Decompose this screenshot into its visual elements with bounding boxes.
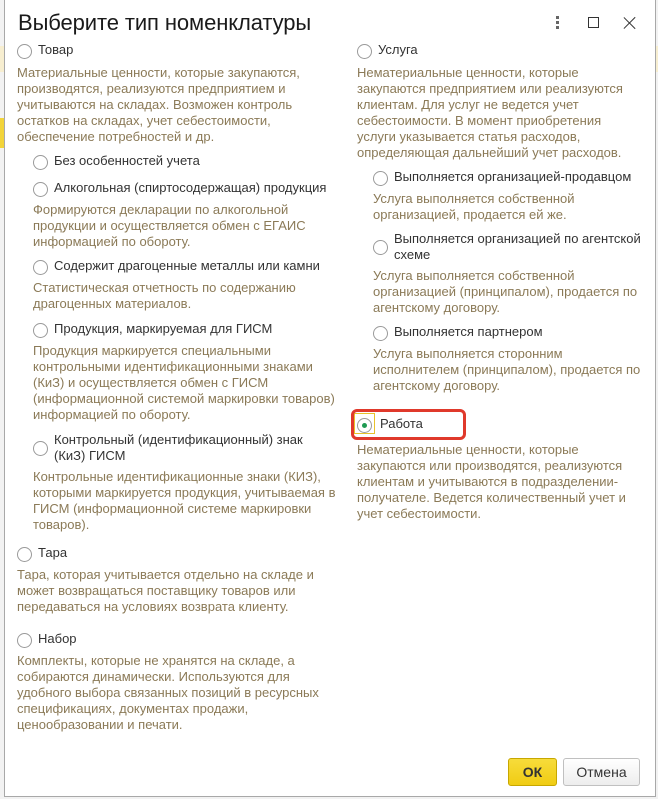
radio-icon[interactable] bbox=[17, 633, 32, 648]
radio-icon[interactable] bbox=[33, 182, 48, 197]
item-type-dialog: Выберите тип номенклатуры Товар Материал… bbox=[4, 0, 656, 797]
ok-button[interactable]: ОК bbox=[508, 758, 557, 786]
option-label: Набор bbox=[38, 631, 77, 647]
option-label: Товар bbox=[38, 42, 73, 58]
radio-alcohol[interactable]: Алкогольная (спиртосодержащая) продукция bbox=[33, 180, 337, 197]
option-label: Контрольный (идентификационный) знак (Ки… bbox=[54, 432, 334, 464]
radio-icon[interactable] bbox=[373, 326, 388, 341]
more-icon bbox=[556, 16, 559, 29]
dialog-title: Выберите тип номенклатуры bbox=[18, 10, 311, 36]
radio-performed-by-partner[interactable]: Выполняется партнером bbox=[373, 324, 647, 341]
radio-icon[interactable] bbox=[33, 260, 48, 275]
option-label: Работа bbox=[380, 416, 423, 432]
option-description: Услуга выполняется собственной организац… bbox=[373, 268, 645, 316]
radio-icon[interactable] bbox=[33, 323, 48, 338]
radio-icon[interactable] bbox=[33, 155, 48, 170]
radio-icon[interactable] bbox=[33, 441, 48, 456]
more-button[interactable] bbox=[539, 10, 575, 34]
option-description: Контрольные идентификационные знаки (КИЗ… bbox=[33, 469, 337, 533]
left-column: Товар Материальные ценности, которые зак… bbox=[17, 42, 337, 733]
option-label: Услуга bbox=[378, 42, 418, 58]
radio-kiz-gism[interactable]: Контрольный (идентификационный) знак (Ки… bbox=[33, 432, 337, 464]
option-description: Услуга выполняется собственной организац… bbox=[373, 191, 613, 223]
window-controls bbox=[539, 10, 647, 34]
radio-performed-by-seller[interactable]: Выполняется организацией-продавцом bbox=[373, 169, 647, 186]
radio-icon[interactable] bbox=[373, 171, 388, 186]
radio-rabota[interactable]: Работа bbox=[357, 416, 647, 433]
radio-usluga[interactable]: Услуга bbox=[357, 42, 647, 59]
radio-no-special-accounting[interactable]: Без особенностей учета bbox=[33, 153, 337, 170]
option-description: Услуга выполняется сторонним исполнителе… bbox=[373, 346, 645, 394]
option-description: Нематериальные ценности, которые закупаю… bbox=[357, 65, 629, 161]
option-description: Комплекты, которые не хранятся на складе… bbox=[17, 653, 329, 733]
option-label: Выполняется организацией-продавцом bbox=[394, 169, 631, 185]
option-description: Продукция маркируется специальными контр… bbox=[33, 343, 337, 423]
radio-icon[interactable] bbox=[17, 44, 32, 59]
right-column: Услуга Нематериальные ценности, которые … bbox=[357, 42, 647, 522]
option-label: Алкогольная (спиртосодержащая) продукция bbox=[54, 180, 326, 196]
radio-icon-checked[interactable] bbox=[357, 418, 372, 433]
radio-agency-scheme[interactable]: Выполняется организацией по агентской сх… bbox=[373, 231, 647, 263]
option-label: Содержит драгоценные металлы или камни bbox=[54, 258, 320, 274]
close-button[interactable] bbox=[611, 10, 647, 34]
radio-tara[interactable]: Тара bbox=[17, 545, 337, 562]
option-description: Нематериальные ценности, которые закупаю… bbox=[357, 442, 629, 522]
radio-precious-metals[interactable]: Содержит драгоценные металлы или камни bbox=[33, 258, 337, 275]
radio-tovar[interactable]: Товар bbox=[17, 42, 337, 59]
option-label: Продукция, маркируемая для ГИСМ bbox=[54, 321, 272, 337]
radio-icon[interactable] bbox=[357, 44, 372, 59]
option-description: Материальные ценности, которые закупаютс… bbox=[17, 65, 337, 145]
option-label: Выполняется организацией по агентской сх… bbox=[394, 231, 646, 263]
cancel-button[interactable]: Отмена bbox=[563, 758, 640, 786]
maximize-icon bbox=[588, 17, 599, 28]
option-description: Тара, которая учитывается отдельно на ск… bbox=[17, 567, 317, 615]
radio-nabor[interactable]: Набор bbox=[17, 631, 337, 648]
radio-icon[interactable] bbox=[373, 240, 388, 255]
option-label: Без особенностей учета bbox=[54, 153, 200, 169]
option-description: Формируются декларации по алкогольной пр… bbox=[33, 202, 337, 250]
radio-icon[interactable] bbox=[17, 547, 32, 562]
radio-gism-marked[interactable]: Продукция, маркируемая для ГИСМ bbox=[33, 321, 337, 338]
option-label: Выполняется партнером bbox=[394, 324, 543, 340]
option-label: Тара bbox=[38, 545, 67, 561]
option-description: Статистическая отчетность по содержанию … bbox=[33, 280, 337, 312]
focus-indicator bbox=[357, 416, 378, 433]
close-icon bbox=[623, 16, 636, 29]
maximize-button[interactable] bbox=[575, 10, 611, 34]
